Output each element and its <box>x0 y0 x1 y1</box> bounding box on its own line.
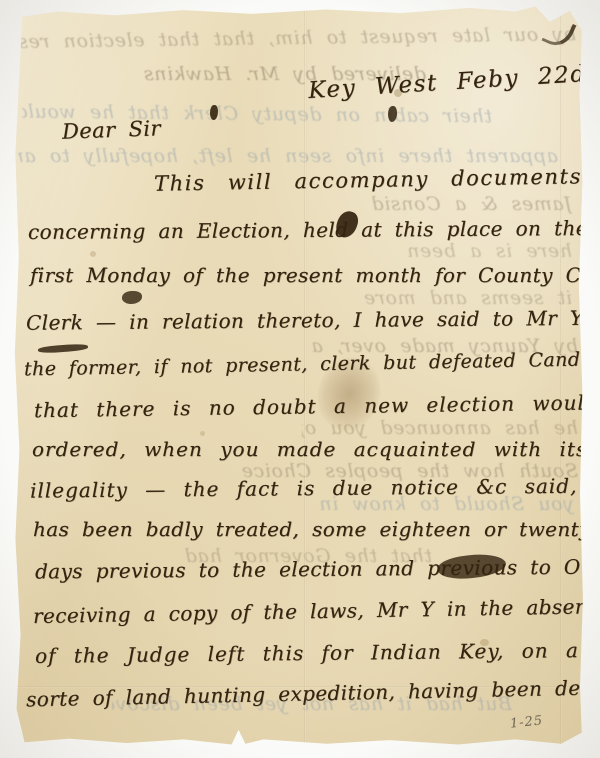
bleedthrough-line: James & a Considerable <box>372 193 572 215</box>
bleedthrough-line: by our late request to him, that that el… <box>20 23 576 53</box>
salutation: Dear Sir <box>62 116 162 143</box>
corner-ink-squiggle <box>541 15 576 51</box>
handwritten-line: Clerk — in relation thereto, I have said… <box>26 305 584 334</box>
handwritten-line: This will accompany documents <box>154 164 582 195</box>
scan-background: by our late request to him, that that el… <box>0 0 600 758</box>
right-edge-fold-crease <box>560 5 562 746</box>
handwritten-line: first Monday of the present month for Co… <box>30 263 584 287</box>
pencil-page-number: 1-25 <box>509 713 544 731</box>
handwritten-line: ordered, when you made acquainted with i… <box>32 437 584 461</box>
letter-page: by our late request to him, that that el… <box>12 5 584 746</box>
foxing-spot <box>90 251 96 257</box>
handwritten-line: the former, if not present, clerk but de… <box>24 348 584 381</box>
foxing-spot <box>200 431 205 436</box>
handwritten-line: illegality — the fact is due notice &c s… <box>30 473 584 502</box>
handwritten-line: receiving a copy of the laws, Mr Y in th… <box>33 594 584 628</box>
handwritten-line: has been badly treated, some eighteen or… <box>33 517 584 541</box>
ink-strikethrough <box>38 343 88 353</box>
handwritten-line: concerning an Election, held at this pla… <box>28 216 584 244</box>
handwritten-line: of the Judge left this for Indian Key, o… <box>35 638 579 668</box>
vertical-fold-crease <box>304 5 307 746</box>
bleedthrough-line: apparent there info seen he left, hopefu… <box>18 145 558 167</box>
bleedthrough-line: here is a been <box>342 240 572 262</box>
handwritten-line: days previous to the election and previo… <box>35 555 584 584</box>
ink-insertion-mark <box>122 291 142 304</box>
